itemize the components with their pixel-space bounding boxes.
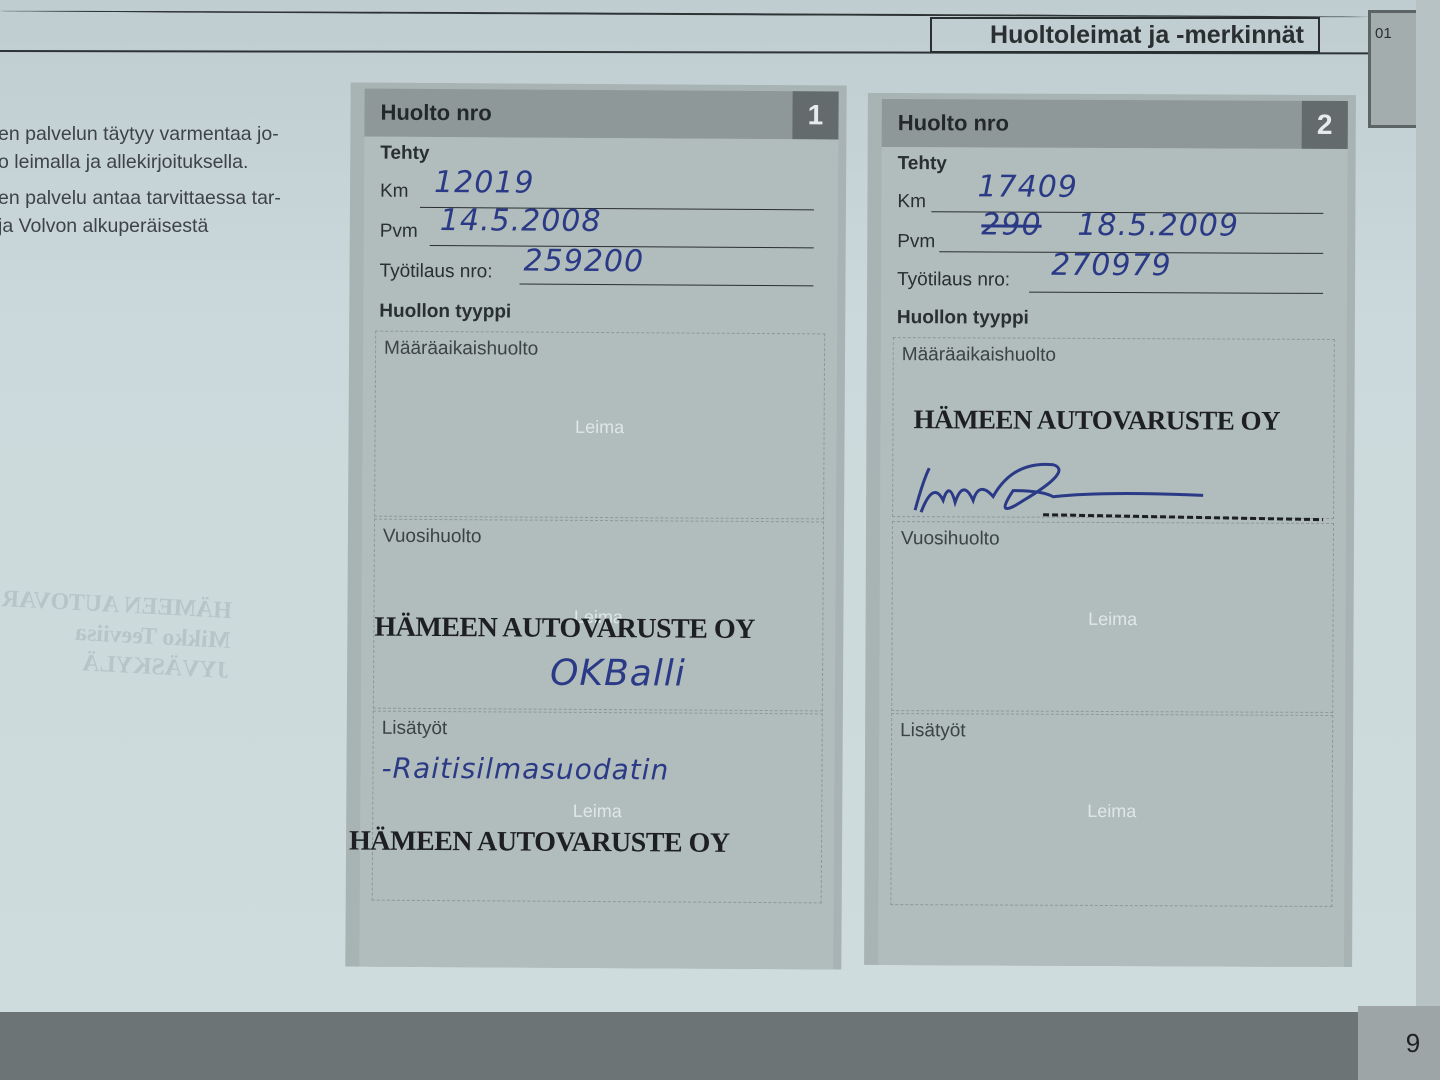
service-card-1: Huolto nro 1 Tehty Km 12019 Pvm 14.5.200… (345, 82, 846, 969)
intro-line: o leimalla ja allekirjoituksella. (0, 148, 340, 176)
done-label: Tehty (380, 143, 429, 165)
card-number-badge: 1 (792, 91, 838, 139)
card-number-badge: 2 (1302, 101, 1348, 149)
technician-signature: OKBalli (550, 653, 686, 695)
section-annual-service[interactable]: Vuosihuolto Leima HÄMEEN AUTOVARUSTE OY … (373, 519, 824, 712)
km-label: Km (380, 181, 409, 203)
order-label: Työtilaus nro: (897, 269, 1010, 291)
section-label: Määräaikaishuolto (902, 344, 1056, 367)
section-additional-work[interactable]: Lisätyöt Leima (890, 713, 1333, 907)
service-card-2: Huolto nro 2 Tehty Km 17409 Pvm 290 18.5… (864, 93, 1356, 967)
km-label: Km (897, 191, 926, 213)
card-header: Huolto nro 2 (882, 99, 1348, 149)
page-edge-strip (1416, 0, 1440, 1010)
manual-page: Huoltoleimat ja -merkinnät 01 en palvelu… (0, 0, 1440, 1080)
date-label: Pvm (897, 231, 935, 253)
section-additional-work[interactable]: Lisätyöt -Raitisilmasuodatin Leima HÄMEE… (372, 711, 823, 904)
order-value[interactable]: 259200 (524, 244, 645, 280)
intro-line: ja Volvon alkuperäisestä (0, 212, 340, 240)
section-scheduled-service[interactable]: Määräaikaishuolto HÄMEEN AUTOVARUSTE OY (892, 337, 1335, 519)
card-title: Huolto nro (898, 110, 1009, 136)
additional-work-note: -Raitisilmasuodatin (381, 752, 669, 787)
date-value[interactable]: 14.5.2008 (440, 203, 602, 239)
bleedthrough-stamp: HÄMEEN AUTOVAR Mikko Teeviisa JYVÄSKYLÄ (0, 584, 233, 686)
service-type-label: Huollon tyyppi (379, 301, 511, 324)
card-header: Huolto nro 1 (364, 89, 838, 140)
section-label: Vuosihuolto (383, 526, 482, 549)
section-annual-service[interactable]: Vuosihuolto Leima (891, 521, 1334, 713)
order-value[interactable]: 270979 (1051, 248, 1172, 284)
intro-line: en palvelu antaa tarvittaessa tar- (0, 184, 340, 212)
card-body: Tehty Km 12019 Pvm 14.5.2008 Työtilaus n… (359, 137, 838, 970)
date-value[interactable]: 18.5.2009 (1077, 208, 1239, 244)
signature-icon (903, 450, 1323, 532)
order-line (1029, 292, 1323, 294)
section-label: Lisätyöt (382, 718, 448, 740)
km-value[interactable]: 17409 (977, 169, 1078, 204)
card-body: Tehty Km 17409 Pvm 290 18.5.2009 Työtila… (878, 147, 1348, 967)
dealer-stamp: HÄMEEN AUTOVARUSTE OY (374, 612, 755, 646)
chapter-tab[interactable]: 01 (1368, 10, 1416, 128)
date-label: Pvm (380, 221, 418, 243)
stamp-placeholder: Leima (893, 608, 1333, 631)
intro-text: en palvelun täytyy varmentaa jo- o leima… (0, 120, 340, 248)
section-scheduled-service[interactable]: Määräaikaishuolto Leima (374, 331, 825, 520)
stamp-placeholder: Leima (892, 800, 1332, 823)
date-struck-value: 290 (981, 207, 1041, 242)
stamp-placeholder: Leima (376, 416, 824, 440)
order-label: Työtilaus nro: (379, 261, 492, 284)
dealer-stamp: HÄMEEN AUTOVARUSTE OY (913, 404, 1280, 437)
section-label: Vuosihuolto (901, 528, 1000, 550)
stamp-placeholder: Leima (373, 800, 821, 824)
service-type-label: Huollon tyyppi (897, 307, 1029, 330)
intro-line: en palvelun täytyy varmentaa jo- (0, 120, 340, 148)
footer-bar (0, 1012, 1358, 1080)
done-label: Tehty (898, 153, 947, 175)
section-title: Huoltoleimat ja -merkinnät (930, 17, 1320, 53)
section-label: Lisätyöt (900, 720, 966, 742)
card-title: Huolto nro (380, 100, 491, 127)
km-value[interactable]: 12019 (434, 165, 535, 201)
order-line (519, 284, 813, 287)
section-label: Määräaikaishuolto (384, 338, 538, 361)
page-number: 9 (1358, 1006, 1440, 1080)
dealer-stamp: HÄMEEN AUTOVARUSTE OY (349, 825, 730, 859)
